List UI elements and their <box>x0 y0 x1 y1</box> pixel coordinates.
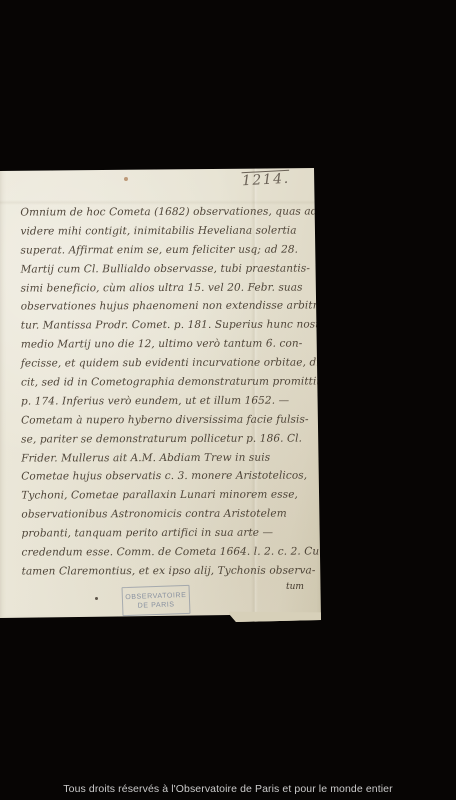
manuscript-line: Tychoni, Cometae parallaxin Lunari minor… <box>21 489 321 509</box>
manuscript-line: superat. Affirmat enim se, eum feliciter… <box>20 243 320 263</box>
manuscript-line: medio Martij uno die 12, ultimo verò tan… <box>21 338 321 358</box>
paper-stain <box>124 177 128 181</box>
manuscript-line: observationibus Astronomicis contra Aris… <box>21 508 321 528</box>
manuscript-line: Cometae hujus observatis c. 3. monere Ar… <box>21 470 321 490</box>
catchword: tum <box>286 582 304 592</box>
paper-crease-horizontal <box>0 200 323 205</box>
library-stamp: OBSERVATOIRE DE PARIS <box>122 585 191 616</box>
manuscript-line: videre mihi contigit, inimitabilis Hevel… <box>20 224 320 244</box>
stamp-text-line2: DE PARIS <box>123 599 189 610</box>
scan-viewport: 1214. Omnium de hoc Cometa (1682) observ… <box>0 0 456 800</box>
manuscript-line: Cometam à nupero hyberno diversissima fa… <box>21 413 321 433</box>
manuscript-line: cit, sed id in Cometographia demonstratu… <box>21 375 321 395</box>
manuscript-line: simi beneficio, cùm alios ultra 15. vel … <box>21 281 321 301</box>
manuscript-line: p. 174. Inferius verò eundem, ut et illu… <box>21 394 321 414</box>
under-sheet-edge <box>229 612 323 625</box>
ink-blot <box>95 597 98 600</box>
folio-number: 1214. <box>242 171 290 189</box>
manuscript-line: probanti, tanquam perito artifici in sua… <box>21 527 321 547</box>
manuscript-line: observationes hujus phaenomeni non exten… <box>21 300 321 320</box>
manuscript-page: 1214. Omnium de hoc Cometa (1682) observ… <box>0 166 323 624</box>
manuscript-text-block: Omnium de hoc Cometa (1682) observatione… <box>20 205 321 584</box>
manuscript-line: tur. Mantissa Prodr. Comet. p. 181. Supe… <box>21 319 321 339</box>
manuscript-line: Frider. Mullerus ait A.M. Abdiam Trew in… <box>21 451 321 471</box>
copyright-caption: Tous droits réservés à l'Observatoire de… <box>0 783 456 795</box>
manuscript-line: se, pariter se demonstraturum pollicetur… <box>21 432 321 452</box>
manuscript-line: fecisse, et quidem sub evidenti incurvat… <box>21 357 321 377</box>
manuscript-line: Omnium de hoc Cometa (1682) observatione… <box>20 205 320 225</box>
manuscript-line: credendum esse. Comm. de Cometa 1664. l.… <box>22 546 322 566</box>
manuscript-line: tamen Claremontius, et ex ipso alij, Tyc… <box>22 564 322 584</box>
manuscript-line: Martij cum Cl. Bullialdo observasse, tub… <box>21 262 321 282</box>
